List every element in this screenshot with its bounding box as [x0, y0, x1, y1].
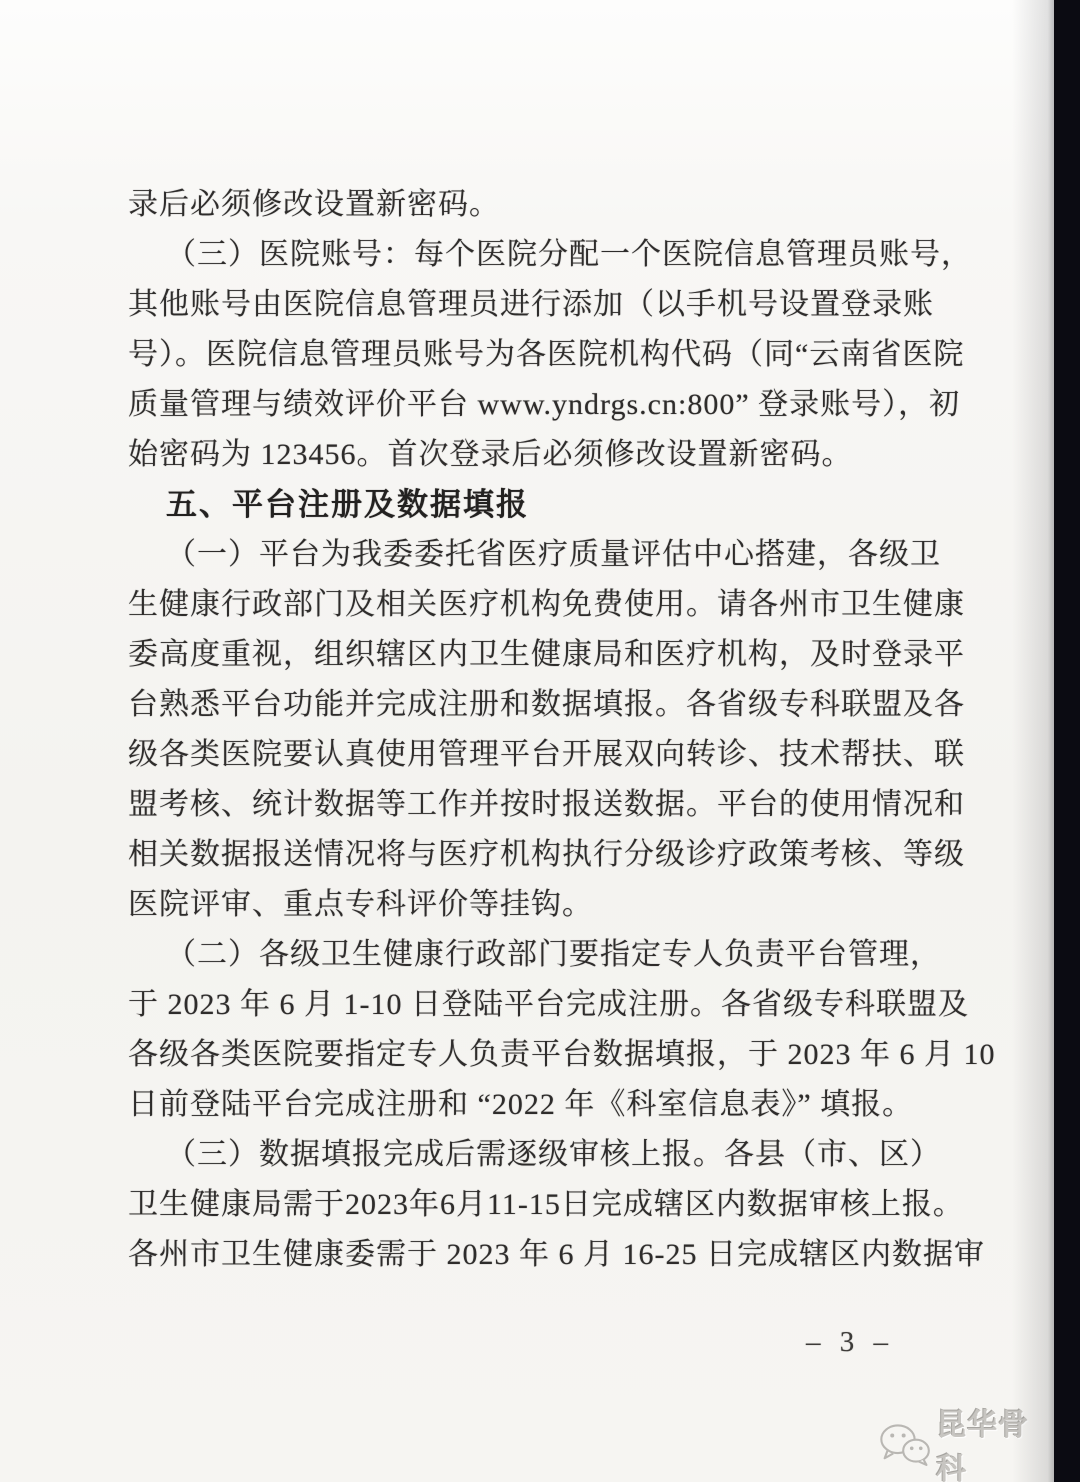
body-text-line: （三）医院账号：每个医院分配一个医院信息管理员账号，	[128, 230, 968, 280]
paper-background: 录后必须修改设置新密码。（三）医院账号：每个医院分配一个医院信息管理员账号，其他…	[0, 0, 1054, 1482]
body-text-line: 各州市卫生健康委需于 2023 年 6 月 16-25 日完成辖区内数据审	[128, 1230, 968, 1280]
body-text-line: 各级各类医院要指定专人负责平台数据填报，于 2023 年 6 月 10	[128, 1030, 968, 1080]
body-text-line: 号）。医院信息管理员账号为各医院机构代码（同“云南省医院	[128, 330, 968, 380]
body-text-line: （二）各级卫生健康行政部门要指定专人负责平台管理，	[128, 930, 968, 980]
document-body: 录后必须修改设置新密码。（三）医院账号：每个医院分配一个医院信息管理员账号，其他…	[128, 180, 968, 1280]
body-text-line: （一）平台为我委委托省医疗质量评估中心搭建，各级卫	[128, 530, 968, 580]
body-text-line: 录后必须修改设置新密码。	[128, 180, 968, 230]
body-text-line: 相关数据报送情况将与医疗机构执行分级诊疗政策考核、等级	[128, 830, 968, 880]
body-text-line: 医院评审、重点专科评价等挂钩。	[128, 880, 968, 930]
wechat-icon	[878, 1420, 931, 1468]
body-text-line: 其他账号由医院信息管理员进行添加（以手机号设置登录账	[128, 280, 968, 330]
body-text-line: 委高度重视，组织辖区内卫生健康局和医疗机构，及时登录平	[128, 630, 968, 680]
body-text-line: 生健康行政部门及相关医疗机构免费使用。请各州市卫生健康	[128, 580, 968, 630]
body-text-line: 台熟悉平台功能并完成注册和数据填报。各省级专科联盟及各	[128, 680, 968, 730]
body-text-line: 卫生健康局需于2023年6月11-15日完成辖区内数据审核上报。	[128, 1180, 968, 1230]
body-text-line: 质量管理与绩效评价平台 www.yndrgs.cn:800” 登录账号），初	[128, 380, 968, 430]
body-text-line: 始密码为 123456。首次登录后必须修改设置新密码。	[128, 430, 968, 480]
body-text-line: （三）数据填报完成后需逐级审核上报。各县（市、区）	[128, 1130, 968, 1180]
body-text-line: 级各类医院要认真使用管理平台开展双向转诊、技术帮扶、联	[128, 730, 968, 780]
section-heading: 五、平台注册及数据填报	[128, 480, 968, 530]
page-number: – 3 –	[806, 1326, 894, 1359]
body-text-line: 日前登陆平台完成注册和 “2022 年《科室信息表》” 填报。	[128, 1080, 968, 1130]
watermark: 昆华骨科	[878, 1400, 1054, 1482]
scanned-document: 录后必须修改设置新密码。（三）医院账号：每个医院分配一个医院信息管理员账号，其他…	[0, 0, 1080, 1482]
body-text-line: 于 2023 年 6 月 1-10 日登陆平台完成注册。各省级专科联盟及	[128, 980, 968, 1030]
watermark-label: 昆华骨科	[936, 1400, 1054, 1482]
body-text-line: 盟考核、统计数据等工作并按时报送数据。平台的使用情况和	[128, 780, 968, 830]
